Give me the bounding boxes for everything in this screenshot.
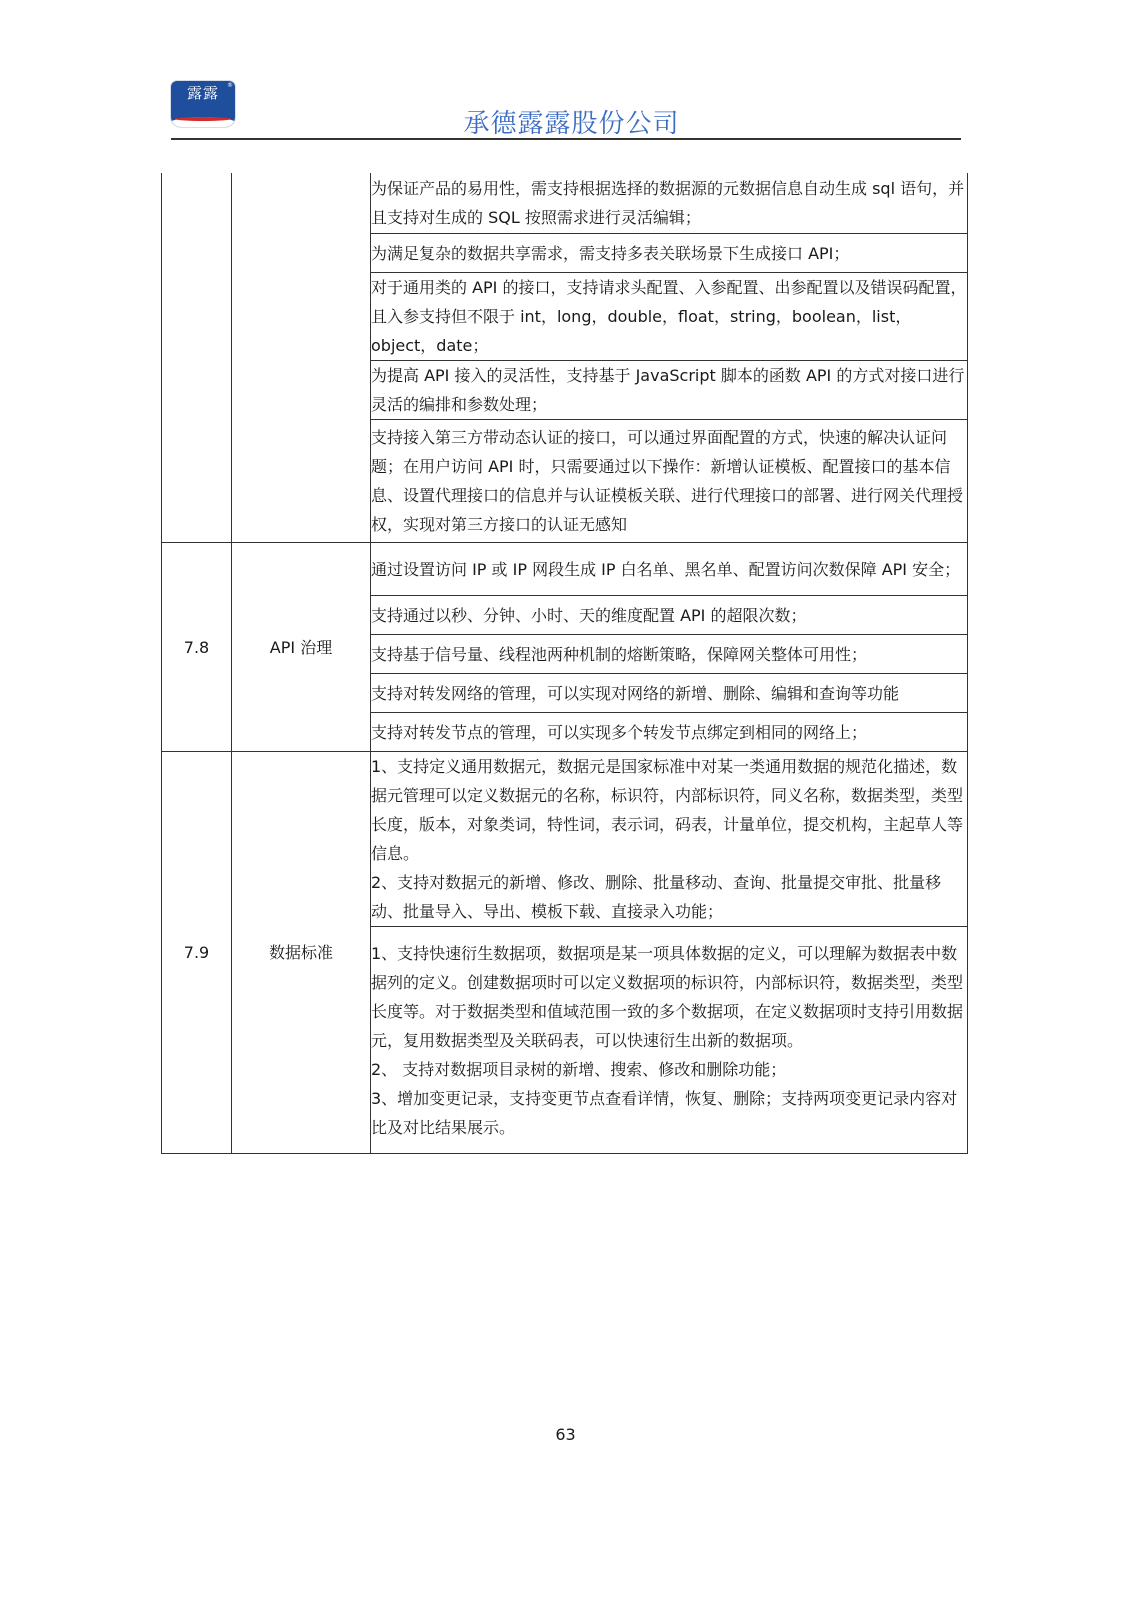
description-cell: 对于通用类的 API 的接口，支持请求头配置、入参配置、出参配置以及错误码配置，…	[371, 273, 968, 361]
company-title: 承德露露股份公司	[0, 103, 1131, 140]
requirements-table: 为保证产品的易用性，需支持根据选择的数据源的元数据信息自动生成 sql 语句，并…	[161, 173, 968, 1154]
description-cell: 支持对转发网络的管理，可以实现对网络的新增、删除、编辑和查询等功能	[371, 674, 968, 713]
logo-text: 露露	[171, 85, 235, 102]
description-cell: 为保证产品的易用性，需支持根据选择的数据源的元数据信息自动生成 sql 语句，并…	[371, 173, 968, 234]
item-name-cell: API 治理	[232, 543, 371, 752]
page-number: 63	[0, 1425, 1131, 1444]
item-number-cell: 7.8	[162, 543, 232, 752]
item-name-cell	[232, 173, 371, 543]
description-cell: 通过设置访问 IP 或 IP 网段生成 IP 白名单、黑名单、配置访问次数保障 …	[371, 543, 968, 596]
table-row: 7.9 数据标准 1、支持定义通用数据元，数据元是国家标准中对某一类通用数据的规…	[162, 752, 968, 927]
description-cell: 支持接入第三方带动态认证的接口，可以通过界面配置的方式，快速的解决认证问题；在用…	[371, 420, 968, 543]
description-cell: 支持通过以秒、分钟、小时、天的维度配置 API 的超限次数；	[371, 596, 968, 635]
description-cell: 1、支持定义通用数据元，数据元是国家标准中对某一类通用数据的规范化描述，数据元管…	[371, 752, 968, 927]
table-row: 为保证产品的易用性，需支持根据选择的数据源的元数据信息自动生成 sql 语句，并…	[162, 173, 968, 234]
table-row: 7.8 API 治理 通过设置访问 IP 或 IP 网段生成 IP 白名单、黑名…	[162, 543, 968, 596]
description-cell: 为提高 API 接入的灵活性，支持基于 JavaScript 脚本的函数 API…	[371, 361, 968, 420]
registered-mark: ®	[227, 82, 233, 89]
item-name-cell: 数据标准	[232, 752, 371, 1154]
description-cell: 支持对转发节点的管理，可以实现多个转发节点绑定到相同的网络上；	[371, 713, 968, 752]
item-number-cell: 7.9	[162, 752, 232, 1154]
item-number-cell	[162, 173, 232, 543]
description-cell: 1、支持快速衍生数据项，数据项是某一项具体数据的定义，可以理解为数据表中数据列的…	[371, 927, 968, 1154]
description-cell: 支持基于信号量、线程池两种机制的熔断策略，保障网关整体可用性；	[371, 635, 968, 674]
description-cell: 为满足复杂的数据共享需求，需支持多表关联场景下生成接口 API；	[371, 234, 968, 273]
header-divider	[171, 138, 961, 140]
